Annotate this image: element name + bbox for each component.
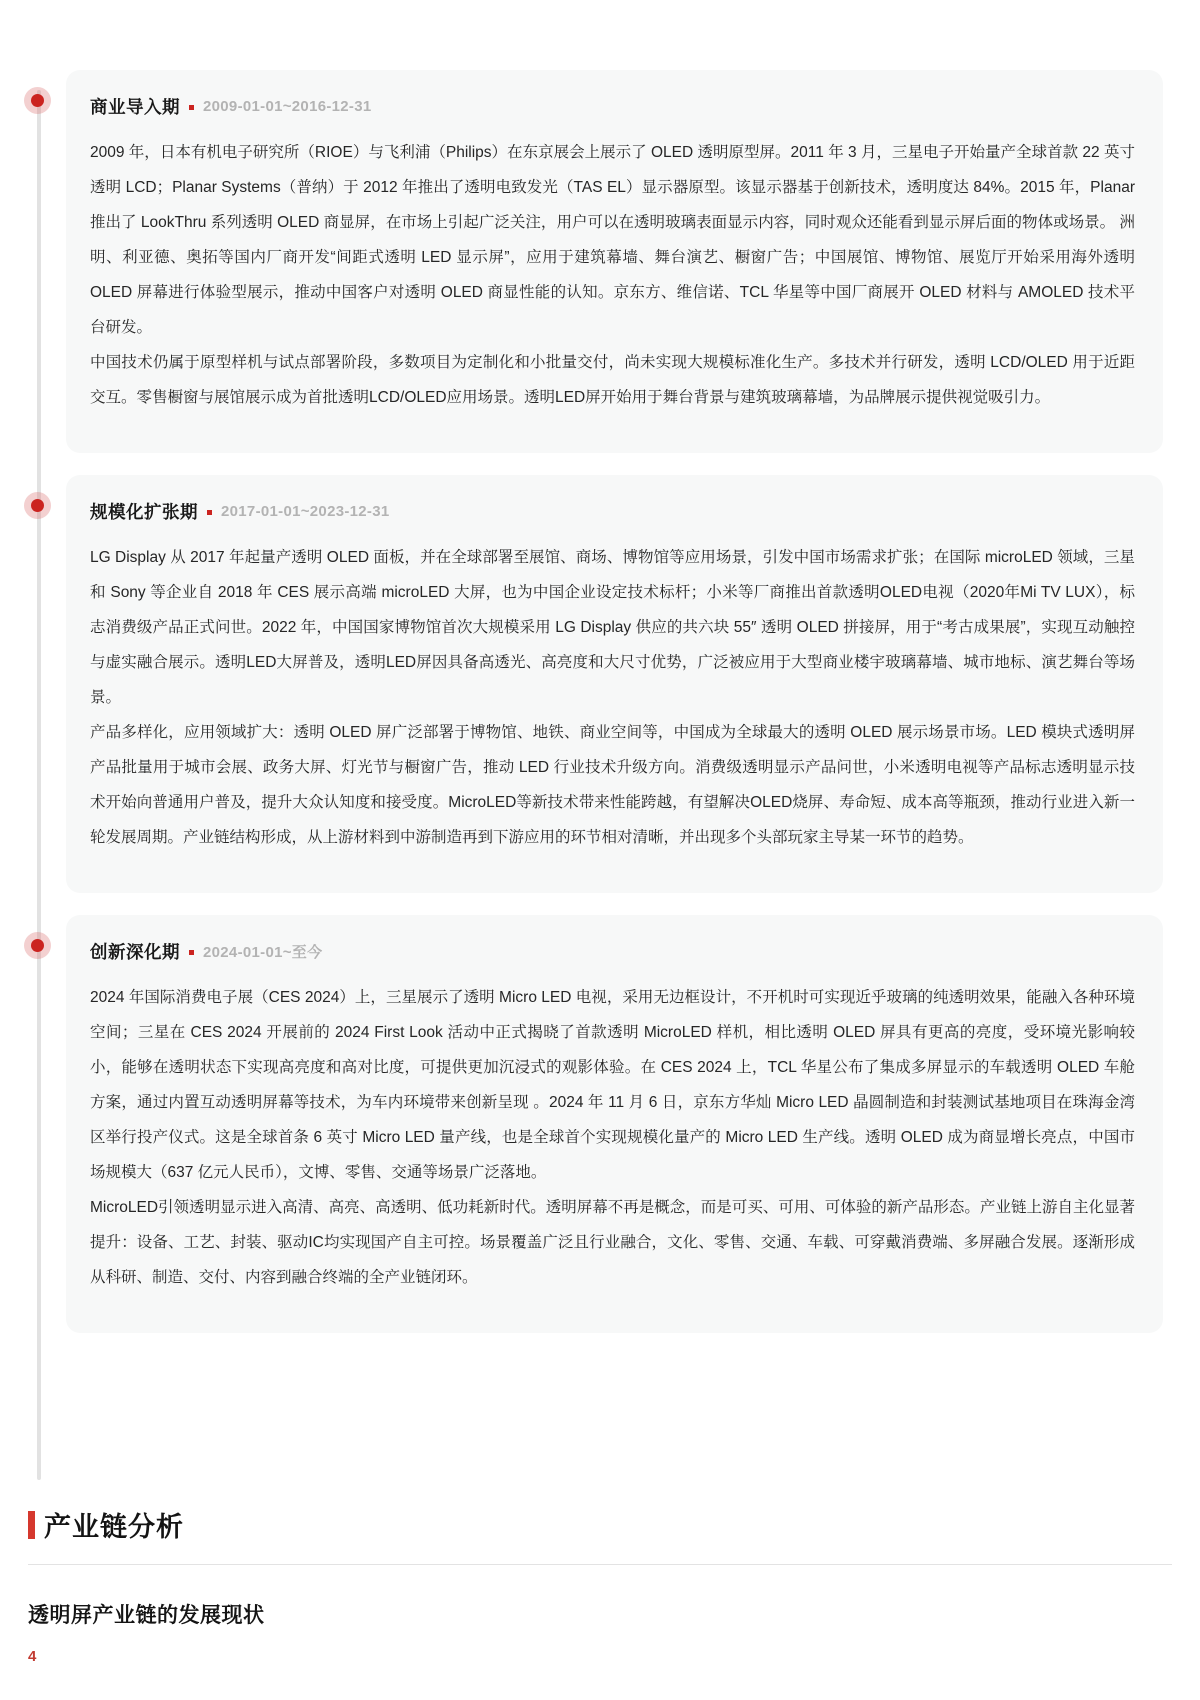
bullet-icon	[189, 950, 194, 955]
section-divider	[28, 1564, 1172, 1565]
phase-header: 规模化扩张期 2017-01-01~2023-12-31	[90, 499, 1135, 524]
phase-date-range: 2017-01-01~2023-12-31	[221, 503, 390, 520]
timeline-dot-icon	[31, 939, 44, 952]
timeline-phase-card: 商业导入期 2009-01-01~2016-12-31 2009 年，日本有机电…	[66, 70, 1163, 453]
bullet-icon	[189, 105, 194, 110]
timeline-phase-card: 规模化扩张期 2017-01-01~2023-12-31 LG Display …	[66, 475, 1163, 893]
phase-date-range: 2009-01-01~2016-12-31	[203, 98, 372, 115]
phase-body: 2024 年国际消费电子展（CES 2024）上，三星展示了透明 Micro L…	[90, 980, 1135, 1295]
phase-title: 规模化扩张期	[90, 499, 198, 524]
bullet-icon	[207, 510, 212, 515]
section-heading-text: 产业链分析	[44, 1505, 184, 1544]
timeline-line	[37, 90, 41, 1480]
document-page: 商业导入期 2009-01-01~2016-12-31 2009 年，日本有机电…	[0, 0, 1200, 1700]
timeline: 商业导入期 2009-01-01~2016-12-31 2009 年，日本有机电…	[66, 70, 1163, 1355]
phase-paragraph: MicroLED引领透明显示进入高清、高亮、高透明、低功耗新时代。透明屏幕不再是…	[90, 1190, 1135, 1295]
phase-paragraph: 产品多样化，应用领域扩大：透明 OLED 屏广泛部署于博物馆、地铁、商业空间等，…	[90, 715, 1135, 855]
timeline-dot-icon	[31, 499, 44, 512]
phase-header: 商业导入期 2009-01-01~2016-12-31	[90, 94, 1135, 119]
phase-title: 创新深化期	[90, 939, 180, 964]
timeline-dot-icon	[31, 94, 44, 107]
page-number: 4	[28, 1648, 36, 1665]
phase-header: 创新深化期 2024-01-01~至今	[90, 939, 1135, 964]
bottom-section: 产业链分析 透明屏产业链的发展现状	[28, 1505, 1172, 1629]
section-heading: 产业链分析	[28, 1505, 1172, 1544]
phase-paragraph: 中国技术仍属于原型样机与试点部署阶段，多数项目为定制化和小批量交付，尚未实现大规…	[90, 345, 1135, 415]
timeline-phase-card: 创新深化期 2024-01-01~至今 2024 年国际消费电子展（CES 20…	[66, 915, 1163, 1333]
phase-paragraph: 2009 年，日本有机电子研究所（RIOE）与飞利浦（Philips）在东京展会…	[90, 135, 1135, 345]
phase-paragraph: LG Display 从 2017 年起量产透明 OLED 面板，并在全球部署至…	[90, 540, 1135, 715]
subsection-heading: 透明屏产业链的发展现状	[28, 1599, 1172, 1629]
phase-date-range: 2024-01-01~至今	[203, 941, 322, 962]
phase-body: 2009 年，日本有机电子研究所（RIOE）与飞利浦（Philips）在东京展会…	[90, 135, 1135, 415]
phase-paragraph: 2024 年国际消费电子展（CES 2024）上，三星展示了透明 Micro L…	[90, 980, 1135, 1190]
phase-title: 商业导入期	[90, 94, 180, 119]
phase-body: LG Display 从 2017 年起量产透明 OLED 面板，并在全球部署至…	[90, 540, 1135, 855]
section-accent-bar	[28, 1511, 35, 1539]
